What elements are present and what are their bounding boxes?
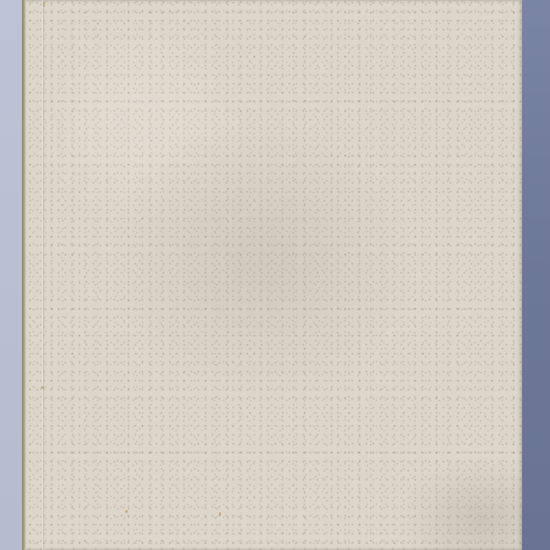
hinge-groove: [42, 0, 45, 550]
foxing-spot: [219, 512, 221, 516]
foxing-spot: [43, 2, 45, 7]
foxing-spot: [41, 386, 44, 389]
photo-scene: [0, 0, 550, 550]
spine-edge: [22, 0, 26, 550]
background-surface-right: [522, 0, 550, 550]
foxing-spot: [125, 510, 128, 513]
background-surface-left: [0, 0, 22, 550]
book-cover: [22, 0, 522, 550]
